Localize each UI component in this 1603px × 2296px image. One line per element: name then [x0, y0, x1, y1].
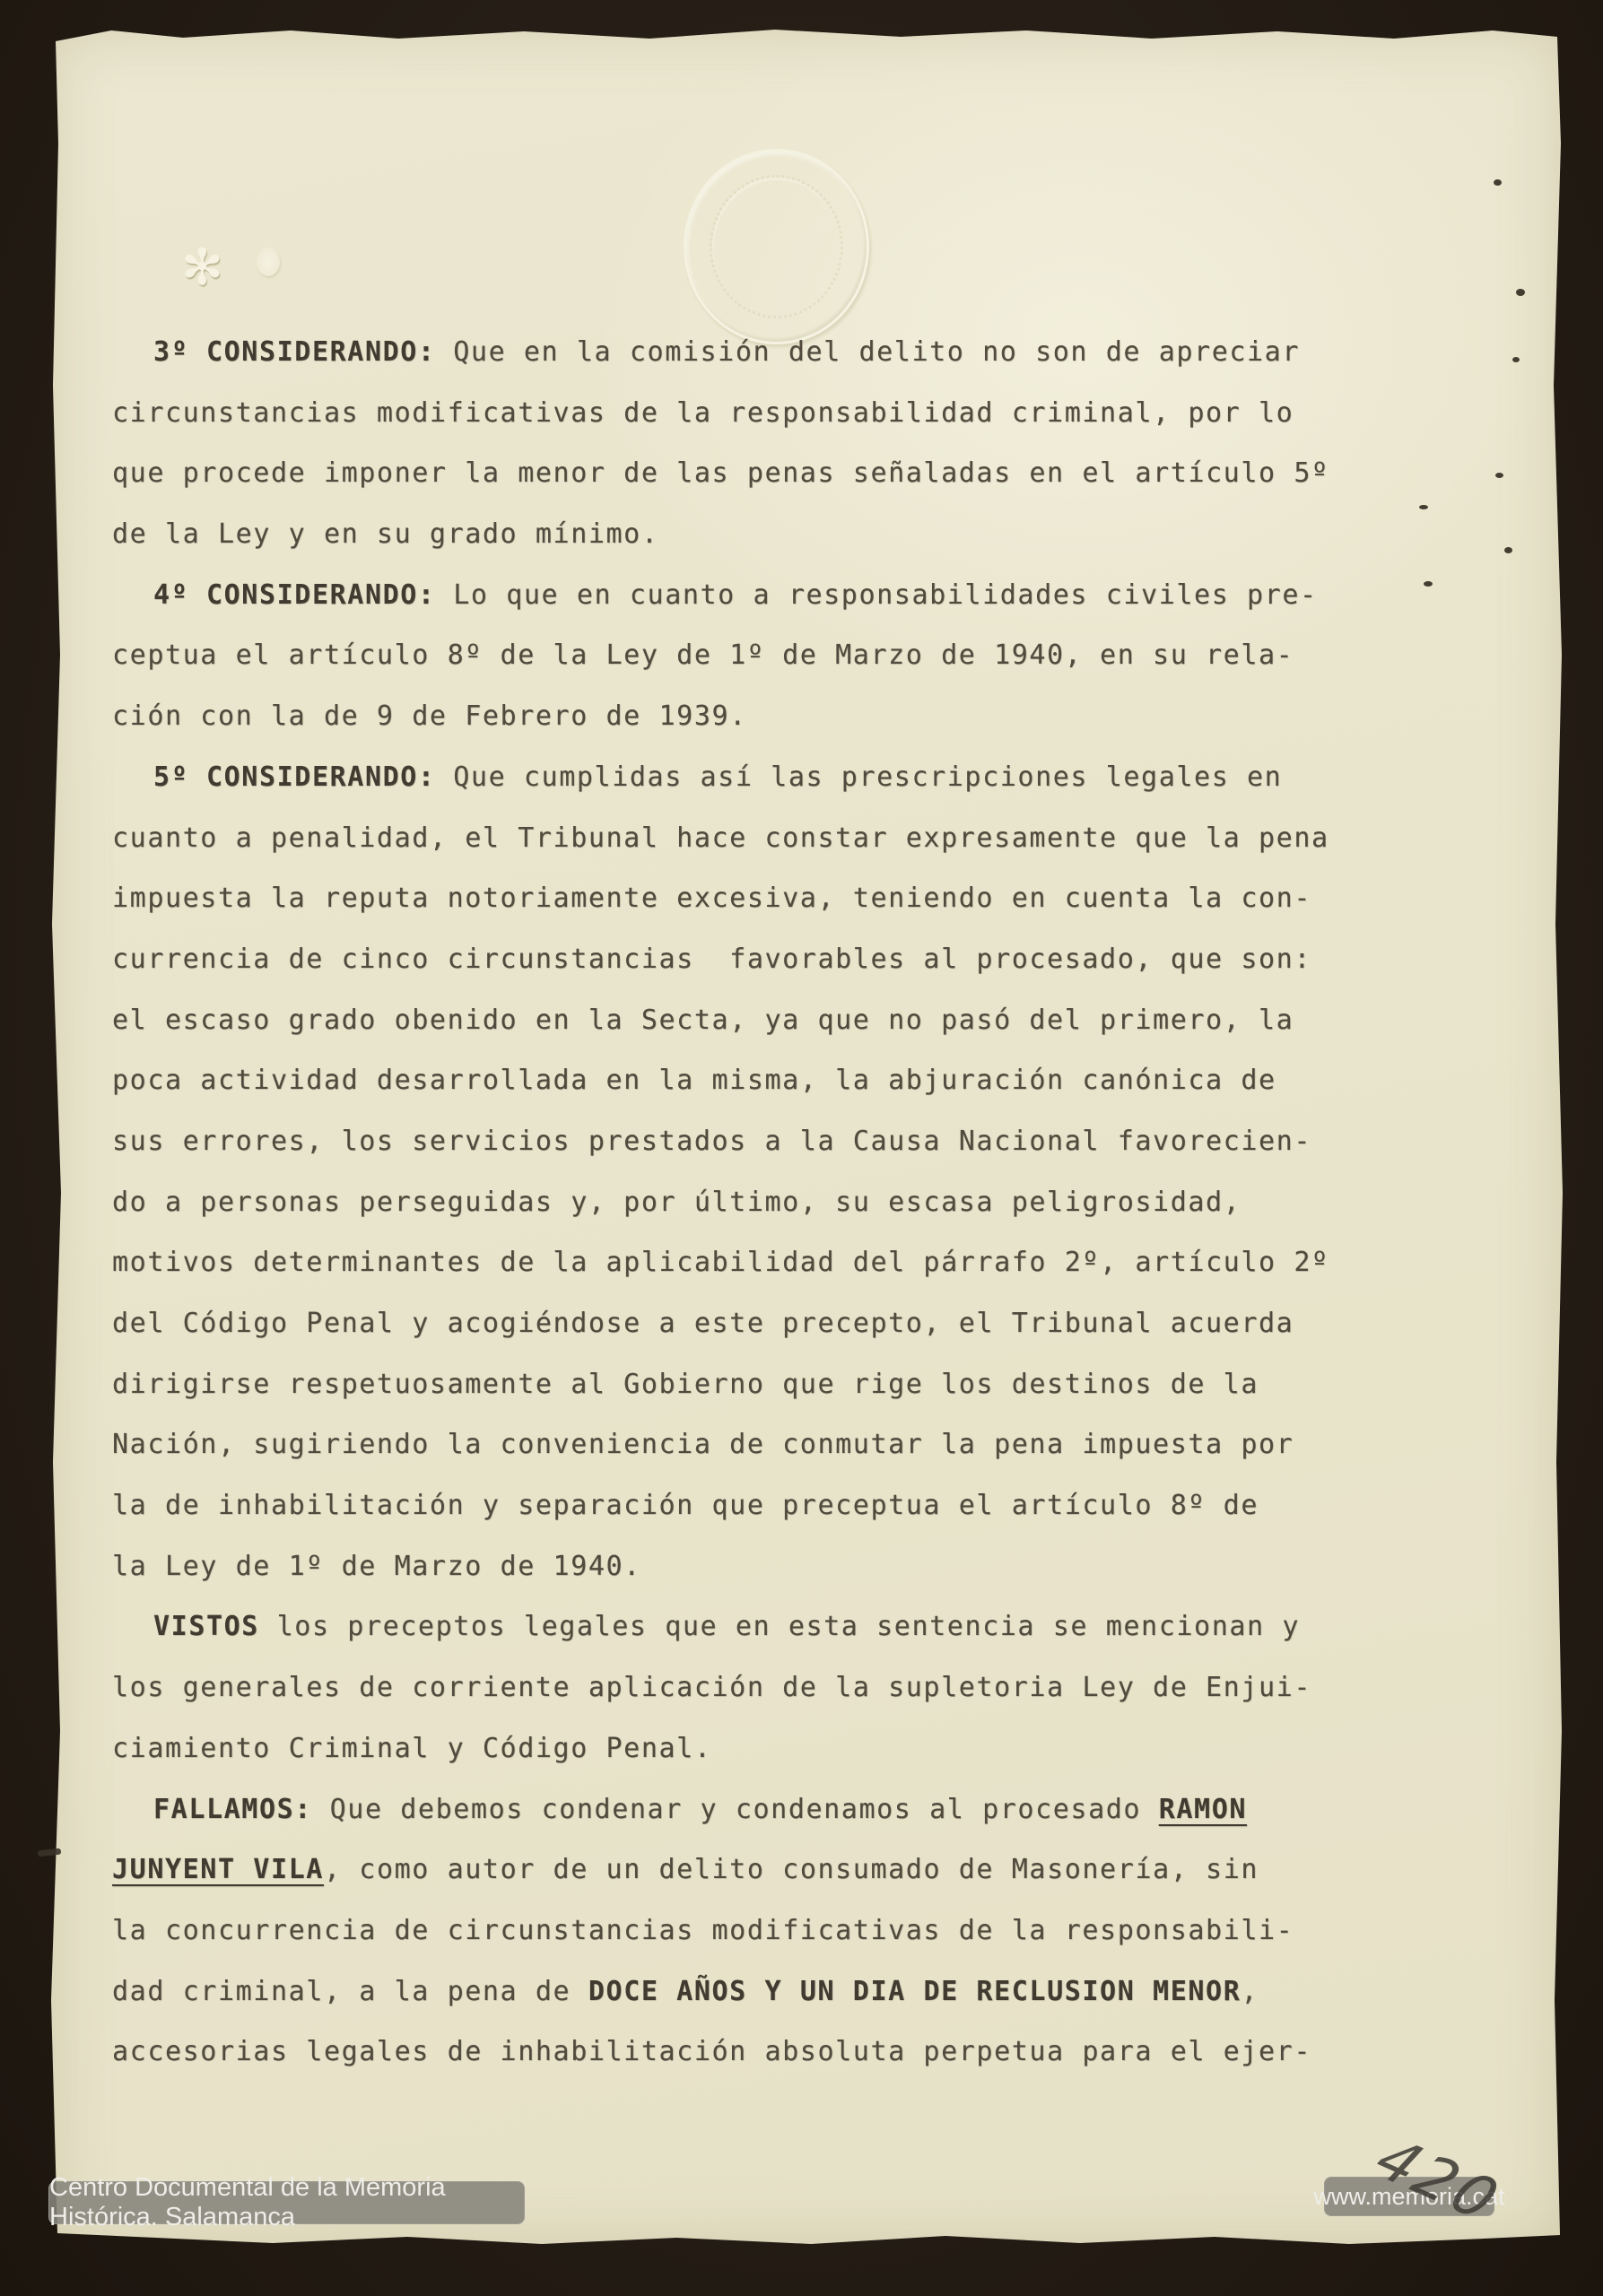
typed-line: currencia de cinco circunstancias favora…	[112, 942, 1386, 1003]
typed-text-segment: impuesta la reputa notoriamente excesiva…	[112, 883, 1311, 914]
typed-text-segment: sus errores, los servicios prestados a l…	[112, 1126, 1311, 1157]
typed-lines: 3º CONSIDERANDO: Que en la comisión del …	[112, 335, 1386, 2095]
typed-line: 3º CONSIDERANDO: Que en la comisión del …	[112, 335, 1386, 396]
typed-line: impuesta la reputa notoriamente excesiva…	[112, 881, 1386, 942]
typed-line: la concurrencia de circunstancias modifi…	[112, 1913, 1386, 1974]
typed-text-segment: VISTOS	[153, 1611, 277, 1642]
embossed-ghost-mark	[257, 248, 280, 276]
typed-text-segment: FALLAMOS:	[153, 1794, 330, 1825]
embossed-asterisk-icon: ✻	[181, 239, 223, 297]
typed-text-segment: do a personas perseguidas y, por último,…	[112, 1187, 1241, 1218]
typed-text-segment: ceptua el artículo 8º de la Ley de 1º de…	[112, 639, 1294, 671]
typed-text-segment: motivos determinantes de la aplicabilida…	[112, 1247, 1329, 1278]
typed-line: poca actividad desarrollada en la misma,…	[112, 1063, 1386, 1124]
typed-text-segment: DOCE AÑOS Y UN DIA DE RECLUSION MENOR	[588, 1976, 1241, 2007]
typed-line: dirigirse respetuosamente al Gobierno qu…	[112, 1367, 1386, 1428]
typed-line: circunstancias modificativas de la respo…	[112, 396, 1386, 457]
typed-text-segment: cuanto a penalidad, el Tribunal hace con…	[112, 822, 1329, 854]
scanned-document-page: ✻ 3º CONSIDERANDO: Que en la comisión de…	[0, 0, 1603, 2296]
typed-line: que procede imponer la menor de las pena…	[112, 456, 1386, 517]
embossed-seal-icon	[684, 149, 869, 344]
typed-text-segment: la concurrencia de circunstancias modifi…	[112, 1915, 1294, 1946]
typed-line: ceptua el artículo 8º de la Ley de 1º de…	[112, 638, 1386, 699]
typed-line: ción con la de 9 de Febrero de 1939.	[112, 699, 1386, 760]
paper-speck	[1504, 547, 1512, 553]
typed-line: accesorias legales de inhabilitación abs…	[112, 2034, 1386, 2095]
typed-text-segment: dirigirse respetuosamente al Gobierno qu…	[112, 1369, 1259, 1400]
typed-text-segment: de la Ley y en su grado mínimo.	[112, 518, 659, 550]
typed-text-segment: JUNYENT VILA	[112, 1854, 324, 1885]
typed-text-segment: Que debemos condenar y condenamos al pro…	[330, 1794, 1159, 1825]
typed-line: FALLAMOS: Que debemos condenar y condena…	[112, 1792, 1386, 1853]
archive-watermark-label: Centro Documental de la Memoria Históric…	[49, 2173, 524, 2232]
typed-text-segment: 3º CONSIDERANDO:	[153, 336, 453, 368]
typed-line: ciamiento Criminal y Código Penal.	[112, 1731, 1386, 1792]
typed-line: do a personas perseguidas y, por último,…	[112, 1185, 1386, 1246]
typed-text-segment: el escaso grado obenido en la Secta, ya …	[112, 1004, 1294, 1036]
typed-text-segment: los generales de corriente aplicación de…	[112, 1672, 1311, 1703]
typed-line: el escaso grado obenido en la Secta, ya …	[112, 1003, 1386, 1064]
typed-line: la de inhabilitación y separación que pr…	[112, 1488, 1386, 1549]
typed-text-segment: currencia de cinco circunstancias favora…	[112, 944, 1311, 975]
typed-text-segment: del Código Penal y acogiéndose a este pr…	[112, 1308, 1294, 1339]
typed-text-segment: ciamiento Criminal y Código Penal.	[112, 1733, 712, 1764]
typed-text-segment: ción con la de 9 de Febrero de 1939.	[112, 700, 747, 732]
typed-text-segment: Lo que en cuanto a responsabilidades civ…	[453, 579, 1317, 611]
typed-line: motivos determinantes de la aplicabilida…	[112, 1245, 1386, 1306]
typed-text-segment: ,	[1241, 1976, 1259, 2007]
typed-text-segment: 4º CONSIDERANDO:	[153, 579, 453, 611]
typed-line: 4º CONSIDERANDO: Lo que en cuanto a resp…	[112, 578, 1386, 639]
paper-speck	[1494, 179, 1502, 186]
paper-speck	[1424, 581, 1433, 587]
typed-text-segment: poca actividad desarrollada en la misma,…	[112, 1065, 1276, 1096]
typed-text-segment: la Ley de 1º de Marzo de 1940.	[112, 1551, 641, 1582]
typed-line: sus errores, los servicios prestados a l…	[112, 1124, 1386, 1185]
typed-text-segment: , como autor de un delito consumado de M…	[324, 1854, 1259, 1885]
typed-text-segment: Nación, sugiriendo la conveniencia de co…	[112, 1429, 1294, 1460]
typed-line: del Código Penal y acogiéndose a este pr…	[112, 1306, 1386, 1367]
typed-line: VISTOS los preceptos legales que en esta…	[112, 1609, 1386, 1670]
typed-text-segment: RAMON	[1159, 1794, 1247, 1825]
paper-speck	[1495, 473, 1503, 478]
typed-text-segment: Que cumplidas así las prescripciones leg…	[453, 761, 1282, 793]
typed-line: los generales de corriente aplicación de…	[112, 1670, 1386, 1731]
paper-speck	[1512, 357, 1520, 362]
typed-text-segment: dad criminal, a la pena de	[112, 1976, 588, 2007]
typed-line: dad criminal, a la pena de DOCE AÑOS Y U…	[112, 1974, 1386, 2035]
typed-text-segment: la de inhabilitación y separación que pr…	[112, 1490, 1259, 1521]
paper-speck	[1419, 505, 1428, 509]
typed-line: la Ley de 1º de Marzo de 1940.	[112, 1549, 1386, 1610]
typed-text-segment: que procede imponer la menor de las pena…	[112, 457, 1329, 489]
typed-text-segment: circunstancias modificativas de la respo…	[112, 397, 1294, 429]
archive-watermark: Centro Documental de la Memoria Históric…	[48, 2181, 525, 2224]
typed-line: JUNYENT VILA, como autor de un delito co…	[112, 1852, 1386, 1913]
typed-line: 5º CONSIDERANDO: Que cumplidas así las p…	[112, 760, 1386, 821]
typed-text-segment: los preceptos legales que en esta senten…	[277, 1611, 1300, 1642]
typed-line: de la Ley y en su grado mínimo.	[112, 517, 1386, 578]
typed-text-segment: 5º CONSIDERANDO:	[153, 761, 453, 793]
typed-line: cuanto a penalidad, el Tribunal hace con…	[112, 821, 1386, 882]
typed-line: Nación, sugiriendo la conveniencia de co…	[112, 1427, 1386, 1488]
paper-speck	[1516, 289, 1525, 296]
typed-text-segment: accesorias legales de inhabilitación abs…	[112, 2036, 1311, 2067]
typed-text-segment: Que en la comisión del delito no son de …	[453, 336, 1300, 368]
